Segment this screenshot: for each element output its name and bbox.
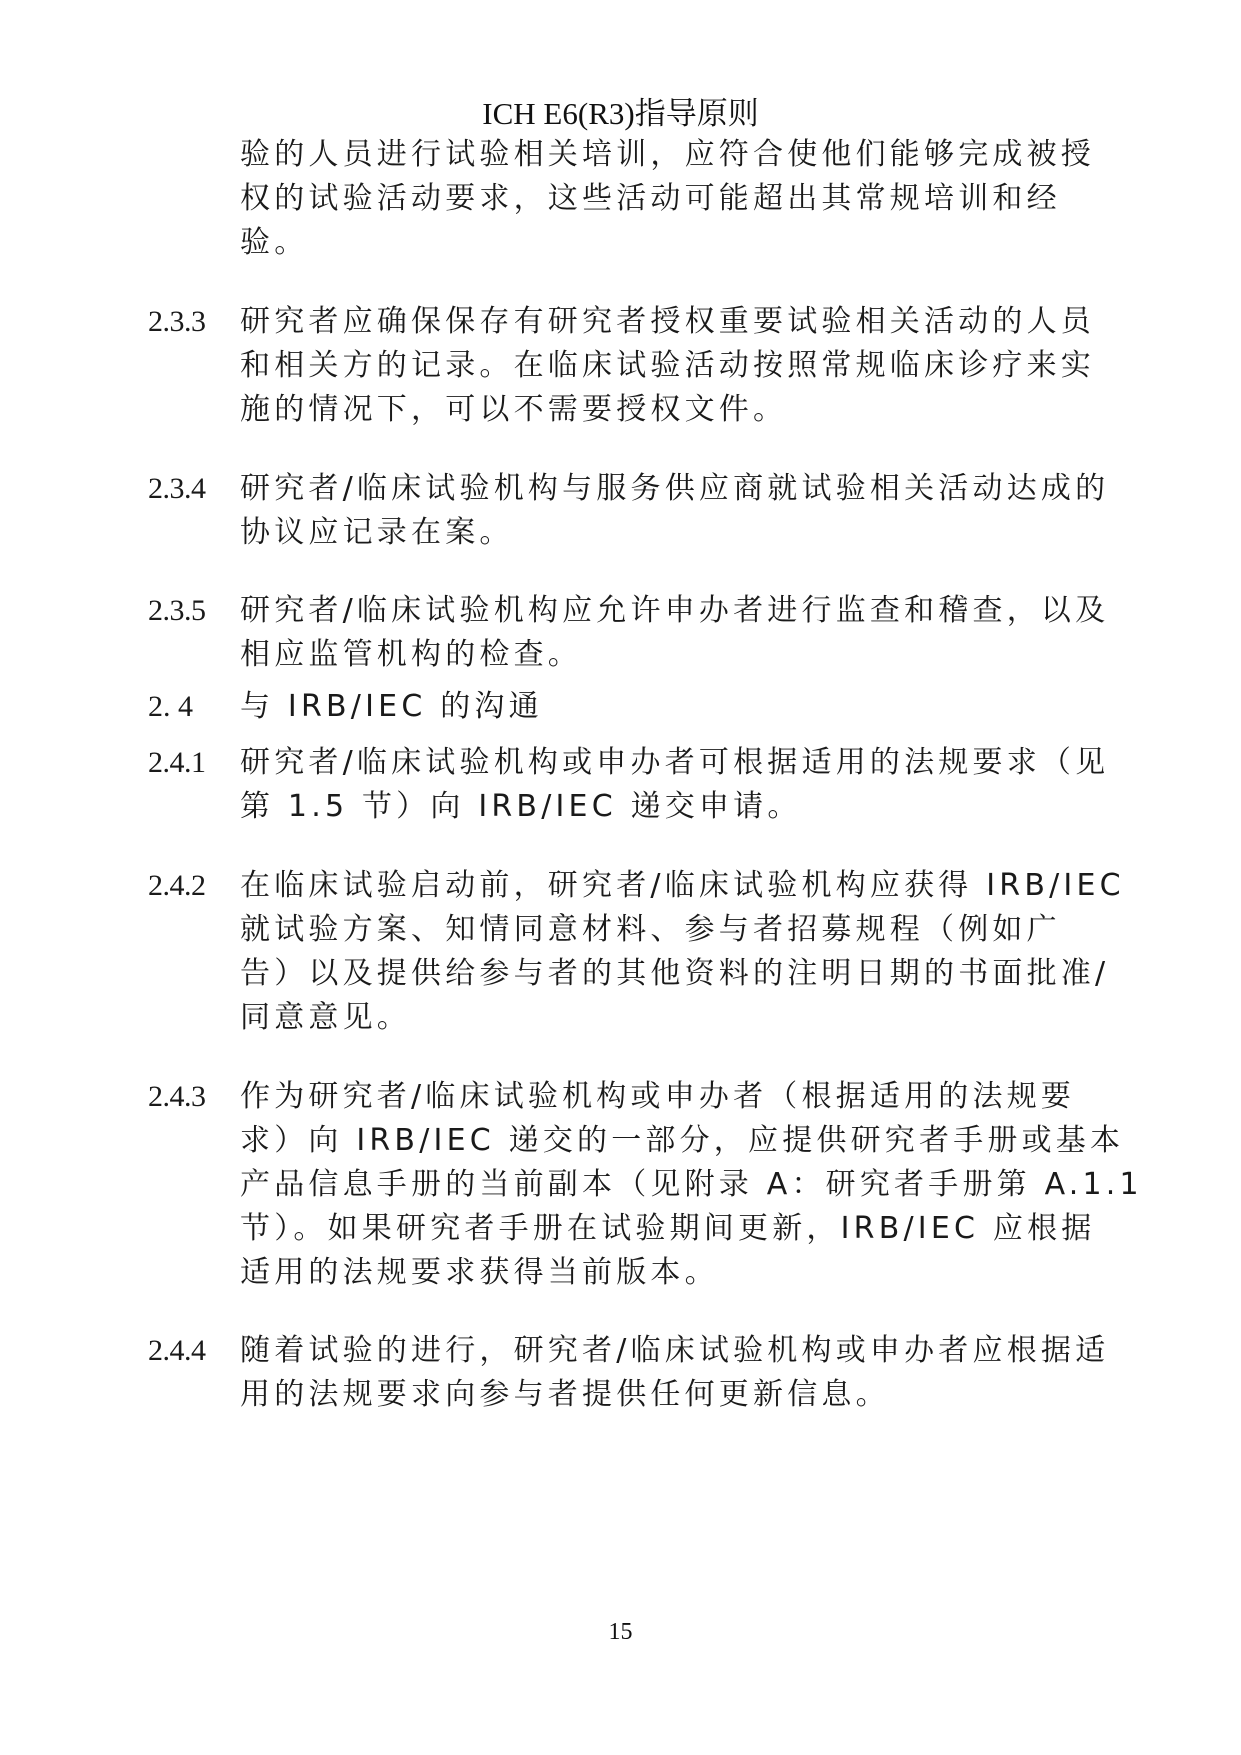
section-number: 2.3.4: [148, 467, 240, 511]
section-number: 2.4.3: [148, 1075, 240, 1119]
page-header-title: ICH E6(R3)指导原则: [0, 92, 1241, 136]
text-line: 权的试验活动要求，这些活动可能超出其常规培训和经: [240, 177, 1100, 221]
page-number: 15: [0, 1612, 1241, 1652]
text-line: 研究者/临床试验机构应允许申办者进行监查和稽查，以及: [240, 589, 1100, 633]
text-line: 协议应记录在案。: [240, 511, 1100, 555]
section-number: 2. 4: [148, 685, 240, 729]
text-line: 随着试验的进行，研究者/临床试验机构或申办者应根据适: [240, 1329, 1100, 1373]
text-line: 第 1.5 节）向 IRB/IEC 递交申请。: [240, 785, 1100, 829]
text-line: 验。: [240, 221, 1100, 265]
section-heading-text: 与 IRB/IEC 的沟通: [240, 685, 1100, 729]
text-line: 研究者/临床试验机构与服务供应商就试验相关活动达成的: [240, 467, 1100, 511]
text-line: 同意意见。: [240, 996, 1100, 1040]
text-line: 在临床试验启动前，研究者/临床试验机构应获得 IRB/IEC: [240, 864, 1100, 908]
text-line: 施的情况下，可以不需要授权文件。: [240, 388, 1100, 432]
text-line: 节）。如果研究者手册在试验期间更新，IRB/IEC 应根据: [240, 1207, 1100, 1251]
text-line: 验的人员进行试验相关培训，应符合使他们能够完成被授: [240, 133, 1100, 177]
text-line: 研究者/临床试验机构或申办者可根据适用的法规要求（见: [240, 741, 1100, 785]
text-line: 用的法规要求向参与者提供任何更新信息。: [240, 1373, 1100, 1417]
section-text: 作为研究者/临床试验机构或申办者（根据适用的法规要 求）向 IRB/IEC 递交…: [240, 1075, 1100, 1295]
section-text: 在临床试验启动前，研究者/临床试验机构应获得 IRB/IEC 就试验方案、知情同…: [240, 864, 1100, 1040]
section-number: 2.3.3: [148, 300, 240, 344]
text-line: 求）向 IRB/IEC 递交的一部分，应提供研究者手册或基本: [240, 1119, 1100, 1163]
section-number: 2.3.5: [148, 589, 240, 633]
text-line: 就试验方案、知情同意材料、参与者招募规程（例如广: [240, 908, 1100, 952]
section-number: 2.4.1: [148, 741, 240, 785]
text-line: 适用的法规要求获得当前版本。: [240, 1251, 1100, 1295]
section-text: 研究者/临床试验机构或申办者可根据适用的法规要求（见 第 1.5 节）向 IRB…: [240, 741, 1100, 829]
heading-line: 与 IRB/IEC 的沟通: [240, 685, 1100, 729]
text-line: 作为研究者/临床试验机构或申办者（根据适用的法规要: [240, 1075, 1100, 1119]
text-line: 和相关方的记录。在临床试验活动按照常规临床诊疗来实: [240, 344, 1100, 388]
section-text: 研究者应确保保存有研究者授权重要试验相关活动的人员 和相关方的记录。在临床试验活…: [240, 300, 1100, 432]
text-line: 告）以及提供给参与者的其他资料的注明日期的书面批准/: [240, 952, 1100, 996]
section-text: 研究者/临床试验机构应允许申办者进行监查和稽查，以及 相应监管机构的检查。: [240, 589, 1100, 677]
section-number: 2.4.2: [148, 864, 240, 908]
section-text: 研究者/临床试验机构与服务供应商就试验相关活动达成的 协议应记录在案。: [240, 467, 1100, 555]
paragraph-text: 验的人员进行试验相关培训，应符合使他们能够完成被授 权的试验活动要求，这些活动可…: [240, 133, 1100, 265]
text-line: 相应监管机构的检查。: [240, 633, 1100, 677]
section-number: 2.4.4: [148, 1329, 240, 1373]
text-line: 产品信息手册的当前副本（见附录 A：研究者手册第 A.1.1: [240, 1163, 1100, 1207]
text-line: 研究者应确保保存有研究者授权重要试验相关活动的人员: [240, 300, 1100, 344]
section-text: 随着试验的进行，研究者/临床试验机构或申办者应根据适 用的法规要求向参与者提供任…: [240, 1329, 1100, 1417]
